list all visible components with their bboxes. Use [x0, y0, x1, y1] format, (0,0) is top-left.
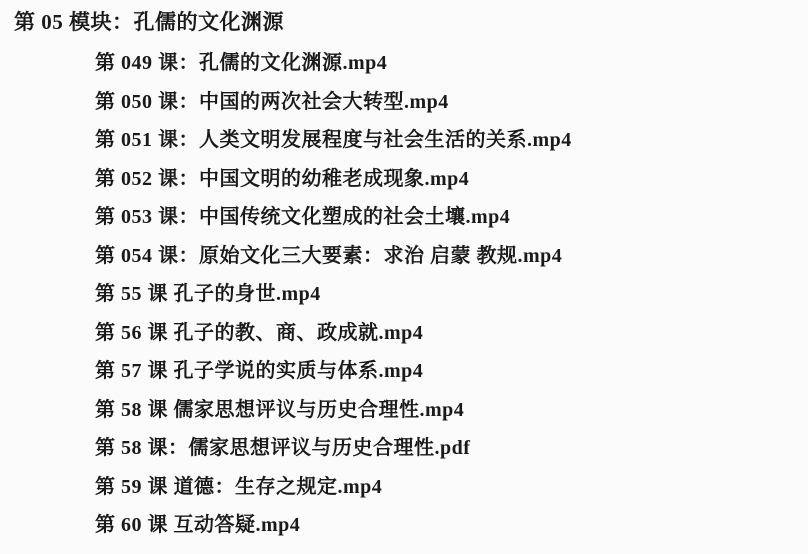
lesson-item: 第 56 课 孔子的教、商、政成就.mp4 [95, 323, 808, 344]
lesson-item: 第 052 课：中国文明的幼稚老成现象.mp4 [95, 169, 808, 190]
lesson-item: 第 053 课：中国传统文化塑成的社会土壤.mp4 [95, 207, 808, 228]
lesson-item: 第 049 课：孔儒的文化渊源.mp4 [95, 53, 808, 74]
module-title: 第 05 模块：孔儒的文化渊源 [0, 0, 808, 33]
lesson-item: 第 58 课 儒家思想评议与历史合理性.mp4 [95, 400, 808, 421]
lesson-list: 第 049 课：孔儒的文化渊源.mp4第 050 课：中国的两次社会大转型.mp… [0, 53, 808, 536]
lesson-item: 第 57 课 孔子学说的实质与体系.mp4 [95, 361, 808, 382]
lesson-item: 第 60 课 互动答疑.mp4 [95, 515, 808, 536]
lesson-item: 第 59 课 道德：生存之规定.mp4 [95, 477, 808, 498]
lesson-item: 第 050 课：中国的两次社会大转型.mp4 [95, 92, 808, 113]
lesson-item: 第 58 课：儒家思想评议与历史合理性.pdf [95, 438, 808, 459]
document-page: 第 05 模块：孔儒的文化渊源 第 049 课：孔儒的文化渊源.mp4第 050… [0, 0, 808, 554]
lesson-item: 第 051 课：人类文明发展程度与社会生活的关系.mp4 [95, 130, 808, 151]
lesson-item: 第 55 课 孔子的身世.mp4 [95, 284, 808, 305]
lesson-item: 第 054 课：原始文化三大要素：求治 启蒙 教规.mp4 [95, 246, 808, 267]
